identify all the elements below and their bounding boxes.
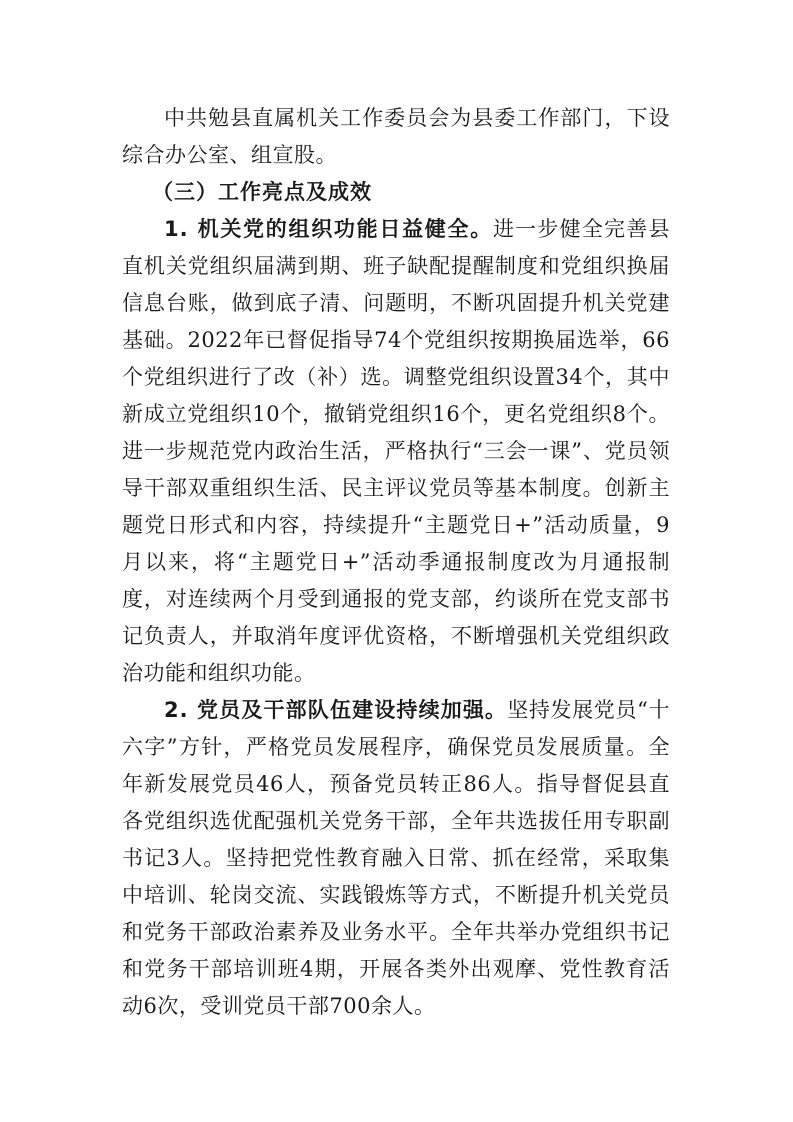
intro-paragraph: 中共勉县直属机关工作委员会为县委工作部门，下设综合办公室、组宣股。 — [122, 100, 670, 174]
item-body-2: 坚持发展党员“十六字”方针，严格党员发展程序，确保党员发展质量。全年新发展党员4… — [122, 698, 670, 1018]
item-lead-1: 1. 机关党的组织功能日益健全。 — [164, 217, 493, 241]
item-paragraph-2: 2. 党员及干部队伍建设持续加强。坚持发展党员“十六字”方针，严格党员发展程序，… — [122, 692, 670, 1025]
item-lead-2: 2. 党员及干部队伍建设持续加强。 — [164, 698, 507, 722]
item-body-1: 进一步健全完善县直机关党组织届满到期、班子缺配提醒制度和党组织换届信息台账，做到… — [122, 217, 670, 685]
section-heading: （三）工作亮点及成效 — [122, 174, 670, 211]
document-page: 中共勉县直属机关工作委员会为县委工作部门，下设综合办公室、组宣股。 （三）工作亮… — [122, 100, 670, 1025]
item-paragraph-1: 1. 机关党的组织功能日益健全。进一步健全完善县直机关党组织届满到期、班子缺配提… — [122, 211, 670, 692]
